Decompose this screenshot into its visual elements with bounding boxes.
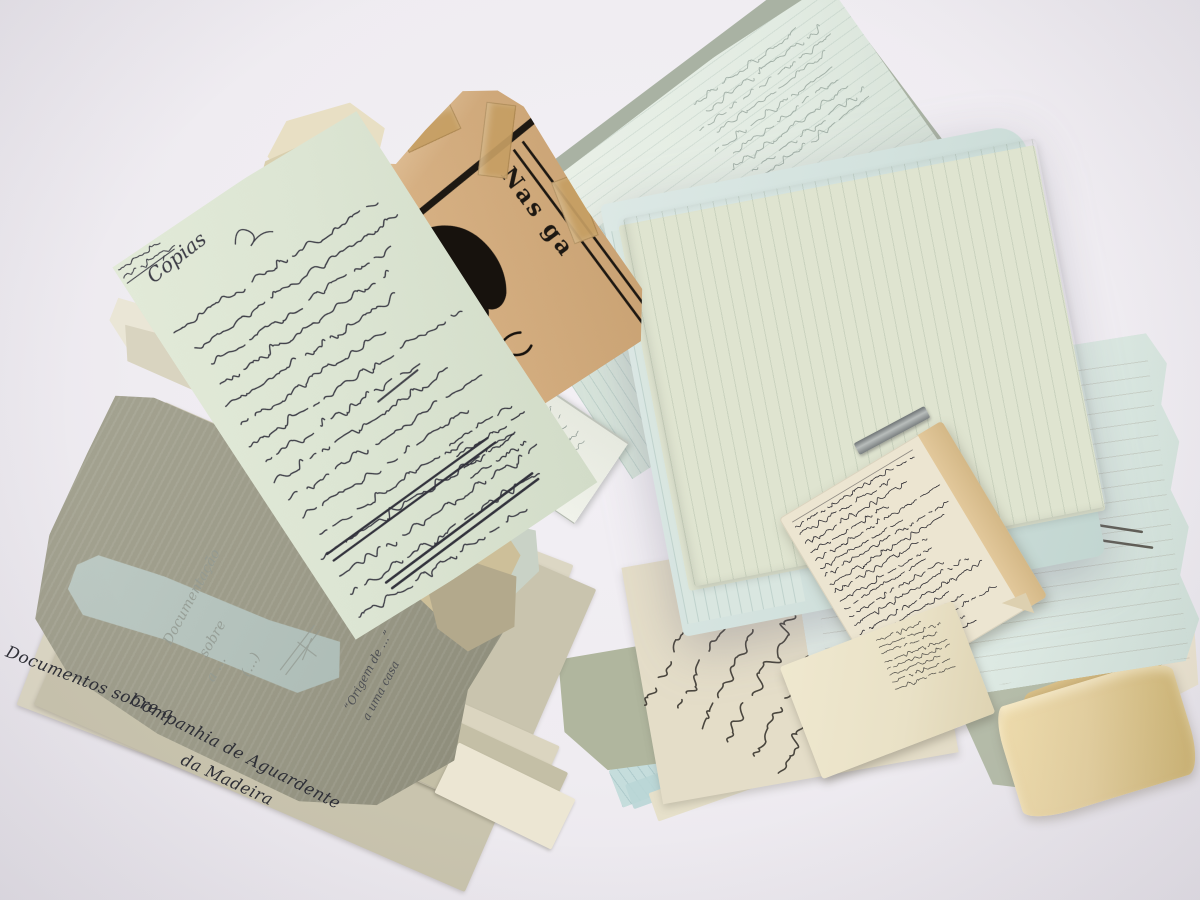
manuscripts-photograph: Cópias de Documentos sobre a Companhia d…: [0, 0, 1200, 900]
